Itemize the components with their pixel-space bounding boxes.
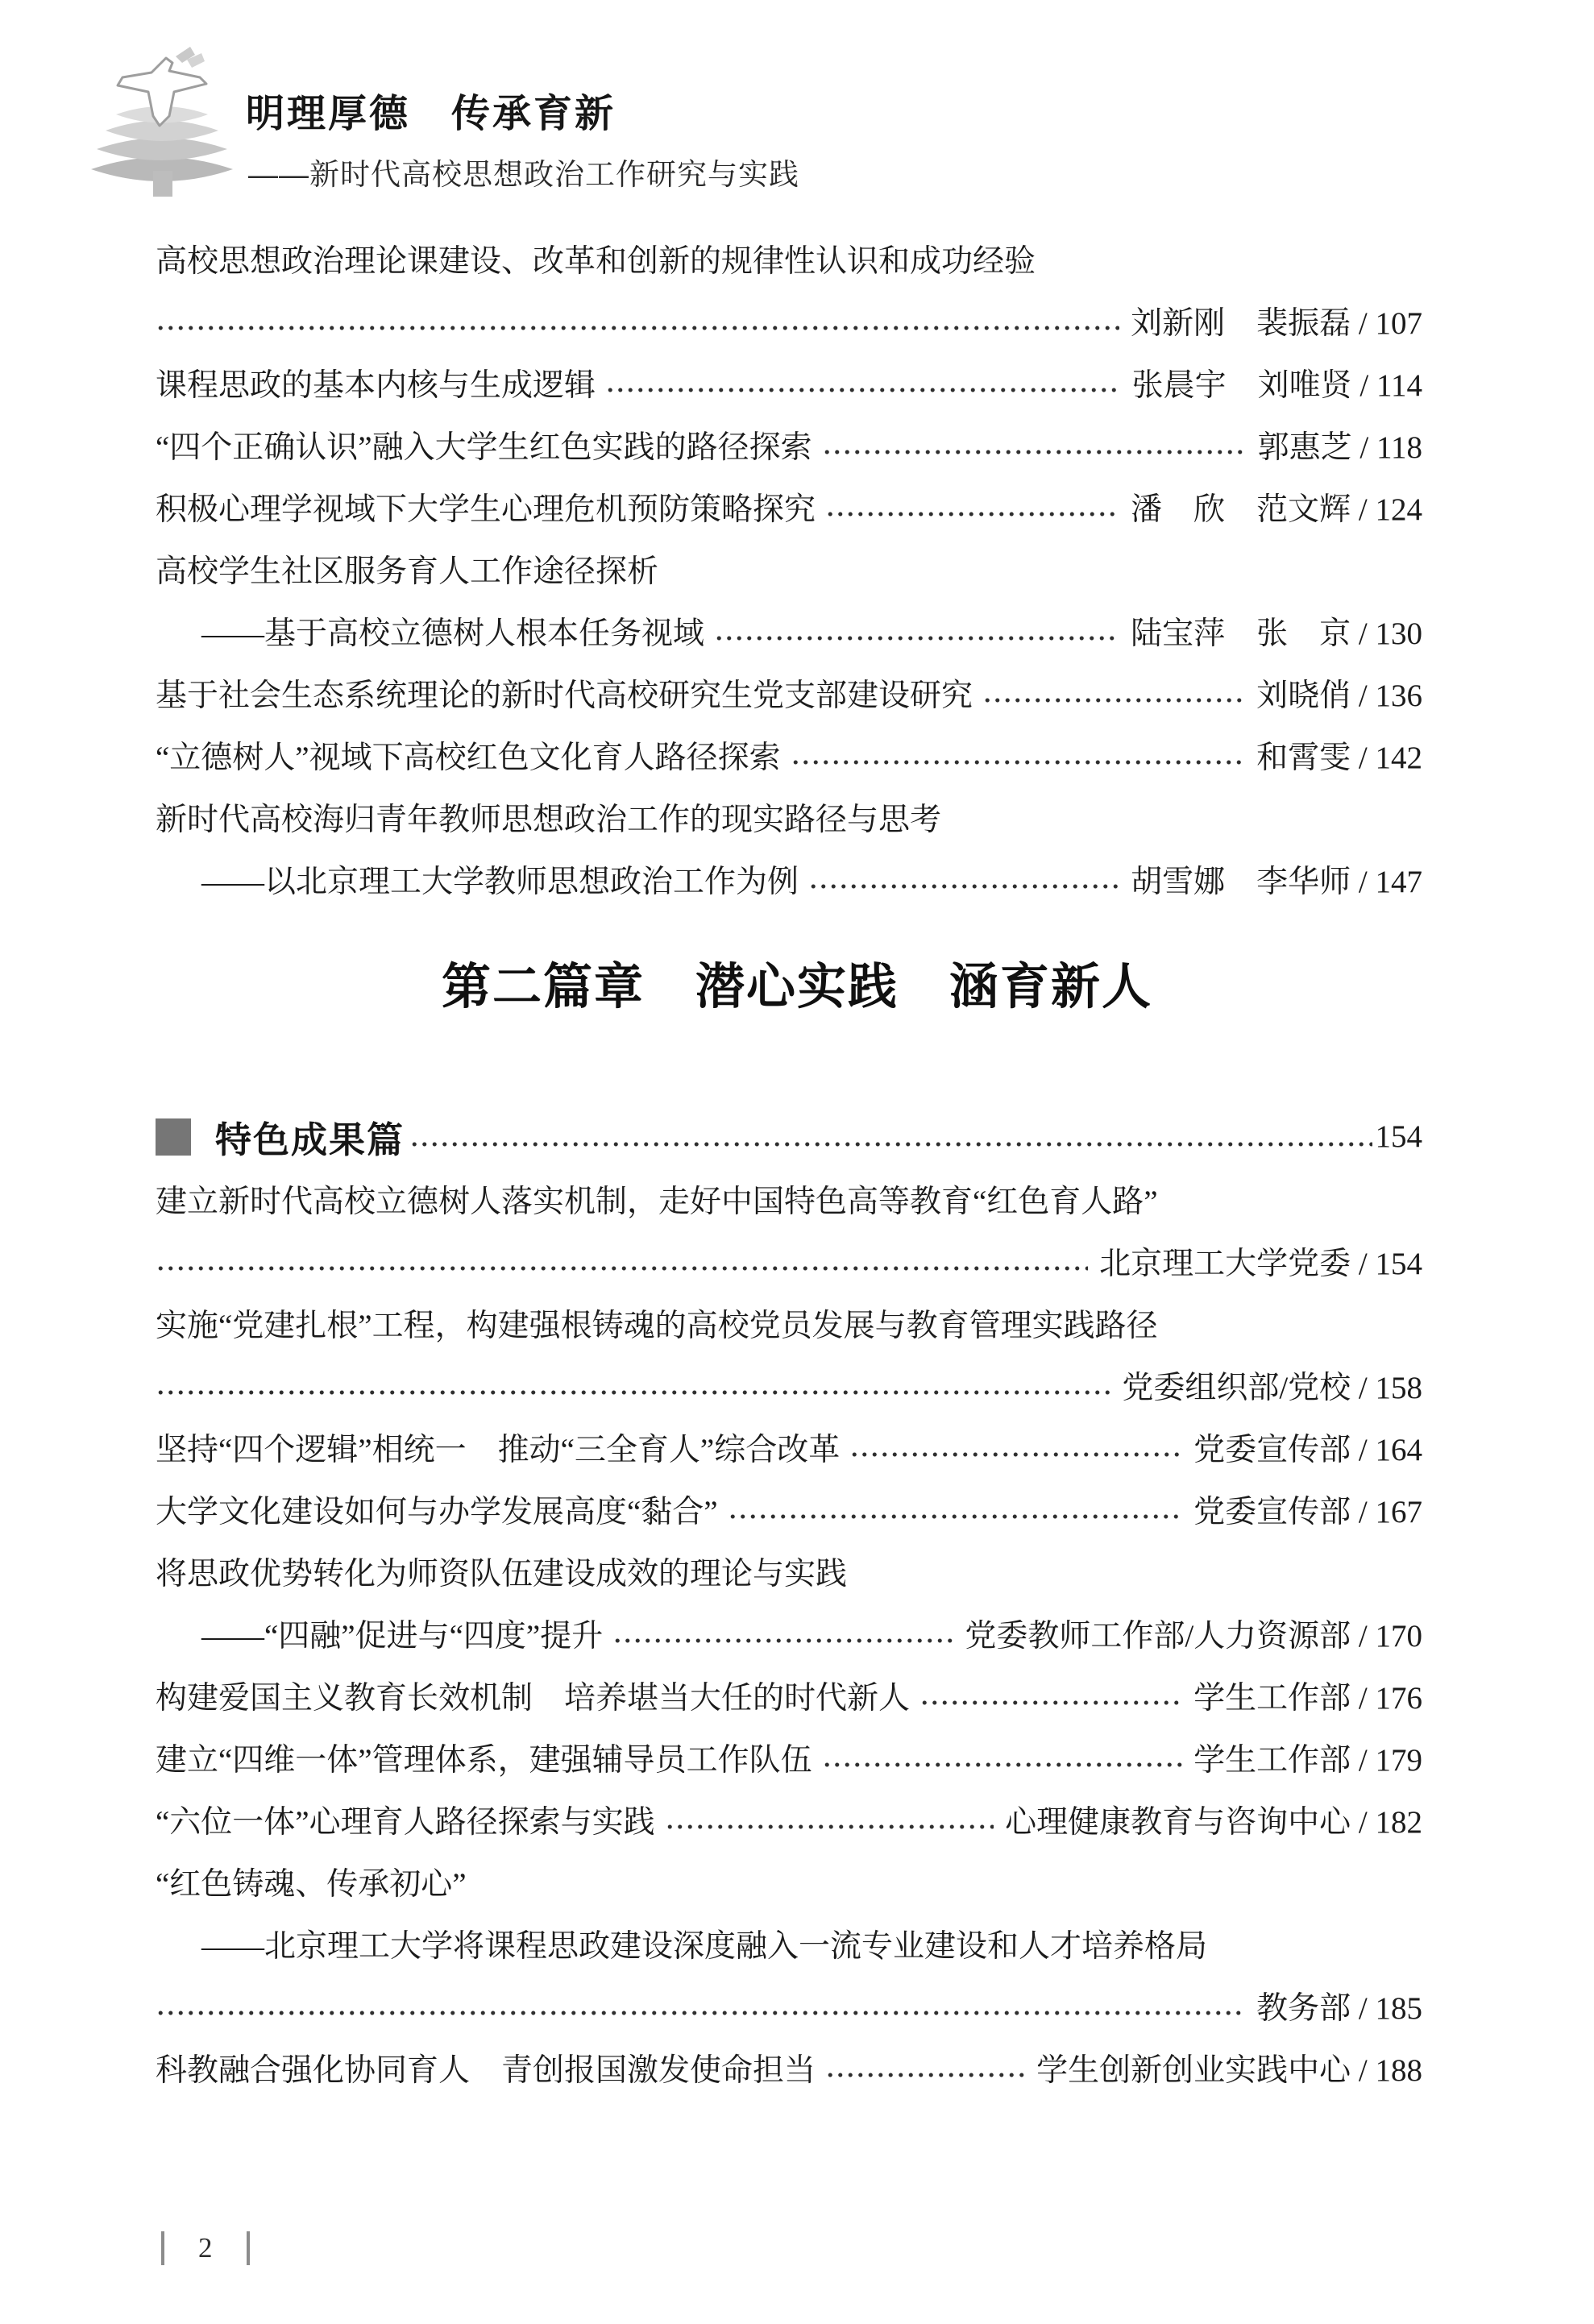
toc-entry-author-page: 党委教师工作部/人力资源部 / 170 <box>965 1611 1422 1656</box>
book-toc-page: 明理厚德 传承育新 ——新时代高校思想政治工作研究与实践 高校思想政治理论课建设… <box>0 0 1594 2324</box>
toc-entry-line: 课程思政的基本内核与生成逻辑张晨宇 刘唯贤 / 114 <box>156 351 1422 413</box>
dotted-leader <box>605 386 1121 394</box>
toc-entry-line: “四个正确认识”融入大学生红色实践的路径探索郭惠芝 / 118 <box>156 413 1422 475</box>
toc-entry-line: 新时代高校海归青年教师思想政治工作的现实路径与思考 <box>156 786 1422 848</box>
toc-entry-author-page: 刘晓俏 / 136 <box>1256 670 1422 716</box>
footer: 2 <box>161 2229 250 2268</box>
subsection-label: 特色成果篇 <box>215 1110 405 1163</box>
dotted-leader <box>156 2009 1245 2017</box>
toc-entry-title: 高校思想政治理论课建设、改革和创新的规律性认识和成功经验 <box>156 236 1036 281</box>
toc-entry-title: ——以北京理工大学教师思想政治工作为例 <box>156 857 799 902</box>
dotted-leader <box>825 2071 1025 2079</box>
toc-list-part2: 建立新时代高校立德树人落实机制，走好中国特色高等教育“红色育人路”北京理工大学党… <box>156 1168 1422 2098</box>
toc-entry-title: ——“四融”促进与“四度”提升 <box>156 1611 603 1656</box>
footer-rule-left <box>161 2231 164 2265</box>
toc-entry-line: ——“四融”促进与“四度”提升党委教师工作部/人力资源部 / 170 <box>156 1602 1422 1664</box>
book-subtitle: ——新时代高校思想政治工作研究与实践 <box>248 150 799 193</box>
toc-entry-title: “四个正确认识”融入大学生红色实践的路径探索 <box>156 422 812 467</box>
toc-entry-title: “六位一体”心理育人路径探索与实践 <box>156 1797 655 1842</box>
dotted-leader <box>665 1823 994 1831</box>
toc-entry-line: 科教融合强化协同育人 青创报国激发使命担当学生创新创业实践中心 / 188 <box>156 2036 1422 2098</box>
toc-entry-title: 新时代高校海归青年教师思想政治工作的现实路径与思考 <box>156 795 941 840</box>
toc-entry-author-page: 北京理工大学党委 / 154 <box>1099 1239 1422 1284</box>
toc-entry-title: ——北京理工大学将课程思政建设深度融入一流专业建设和人才培养格局 <box>156 1921 1207 1966</box>
toc-entry-line: 教务部 / 185 <box>156 1974 1422 2036</box>
toc-entry-title: 建立新时代高校立德树人落实机制，走好中国特色高等教育“红色育人路” <box>156 1177 1158 1222</box>
dotted-leader <box>156 1264 1088 1272</box>
toc-entry-title: 基于社会生态系统理论的新时代高校研究生党支部建设研究 <box>156 670 973 716</box>
dotted-leader <box>808 882 1119 890</box>
dove-tree-logo <box>79 42 245 203</box>
toc-entry-author-page: 张晨宇 刘唯贤 / 114 <box>1132 360 1422 405</box>
dotted-leader <box>714 634 1119 642</box>
square-bullet-icon <box>156 1118 191 1156</box>
toc-entry-title: 科教融合强化协同育人 青创报国激发使命担当 <box>156 2045 816 2090</box>
toc-entry-title: 高校学生社区服务育人工作途径探析 <box>156 546 658 591</box>
toc-entry-line: 党委组织部/党校 / 158 <box>156 1354 1422 1416</box>
dotted-leader <box>612 1637 953 1645</box>
toc-entry-line: 高校学生社区服务育人工作途径探析 <box>156 537 1422 600</box>
dotted-leader <box>822 1761 1183 1769</box>
toc-entry-author-page: 心理健康教育与咨询中心 / 182 <box>1005 1797 1422 1842</box>
toc-entry-line: 实施“党建扎根”工程，构建强根铸魂的高校党员发展与教育管理实践路径 <box>156 1292 1422 1354</box>
toc-entry-line: ——以北京理工大学教师思想政治工作为例胡雪娜 李华师 / 147 <box>156 848 1422 910</box>
footer-page-number: 2 <box>198 2232 213 2264</box>
toc-entry-title: 建立“四维一体”管理体系，建强辅导员工作队伍 <box>156 1735 812 1780</box>
toc-entry-title: 积极心理学视域下大学生心理危机预防策略探究 <box>156 484 816 529</box>
toc-entry-author-page: 学生创新创业实践中心 / 188 <box>1036 2045 1422 2090</box>
toc-entry-author-page: 教务部 / 185 <box>1256 1983 1422 2028</box>
subsection-row: 特色成果篇 154 <box>156 1106 1422 1168</box>
section-heading: 第二篇章 潜心实践 涵育新人 <box>0 948 1594 1018</box>
toc-entry-author-page: 党委宣传部 / 167 <box>1193 1487 1422 1532</box>
toc-entry-line: 北京理工大学党委 / 154 <box>156 1230 1422 1292</box>
toc-entry-author-page: 学生工作部 / 176 <box>1193 1673 1422 1718</box>
toc-entry-author-page: 郭惠芝 / 118 <box>1258 422 1422 467</box>
toc-entry-title: 坚持“四个逻辑”相统一 推动“三全育人”综合改革 <box>156 1425 840 1470</box>
toc-entry-title: 构建爱国主义教育长效机制 培养堪当大任的时代新人 <box>156 1673 910 1718</box>
toc-entry-author-page: 党委宣传部 / 164 <box>1193 1425 1422 1470</box>
toc-entry-line: 构建爱国主义教育长效机制 培养堪当大任的时代新人学生工作部 / 176 <box>156 1664 1422 1726</box>
toc-entry-line: 高校思想政治理论课建设、改革和创新的规律性认识和成功经验 <box>156 227 1422 289</box>
toc-entry-author-page: 胡雪娜 李华师 / 147 <box>1131 857 1422 902</box>
dotted-leader <box>409 1140 1372 1148</box>
footer-rule-right <box>247 2231 250 2265</box>
toc-entry-line: “立德树人”视域下高校红色文化育人路径探索和霄雯 / 142 <box>156 724 1422 786</box>
toc-entry-title: 将思政优势转化为师资队伍建设成效的理论与实践 <box>156 1549 847 1594</box>
toc-entry-author-page: 和霄雯 / 142 <box>1256 732 1422 778</box>
toc-entry-line: 大学文化建设如何与办学发展高度“黏合”党委宣传部 / 167 <box>156 1478 1422 1540</box>
toc-list-part1: 高校思想政治理论课建设、改革和创新的规律性认识和成功经验刘新刚 裴振磊 / 10… <box>156 227 1422 910</box>
dotted-leader <box>919 1699 1182 1707</box>
dotted-leader <box>982 696 1245 704</box>
subsection-page-number: 154 <box>1376 1118 1423 1155</box>
toc-entry-author-page: 学生工作部 / 179 <box>1193 1735 1422 1780</box>
toc-entry-title: 实施“党建扎根”工程，构建强根铸魂的高校党员发展与教育管理实践路径 <box>156 1301 1158 1346</box>
dotted-leader <box>728 1513 1183 1521</box>
toc-entry-line: ——基于高校立德树人根本任务视域陆宝萍 张 京 / 130 <box>156 600 1422 662</box>
toc-entry-line: 刘新刚 裴振磊 / 107 <box>156 289 1422 351</box>
toc-entry-line: 建立“四维一体”管理体系，建强辅导员工作队伍学生工作部 / 179 <box>156 1726 1422 1788</box>
dotted-leader <box>822 448 1247 456</box>
toc-entry-line: 积极心理学视域下大学生心理危机预防策略探究潘 欣 范文辉 / 124 <box>156 475 1422 537</box>
dotted-leader <box>156 324 1119 332</box>
toc-entry-line: 基于社会生态系统理论的新时代高校研究生党支部建设研究刘晓俏 / 136 <box>156 662 1422 724</box>
toc-entry-author-page: 陆宝萍 张 京 / 130 <box>1131 608 1422 654</box>
toc-entry-author-page: 刘新刚 裴振磊 / 107 <box>1131 298 1422 343</box>
toc-entry-author-page: 党委组织部/党校 / 158 <box>1122 1363 1422 1408</box>
toc-entry-title: “红色铸魂、传承初心” <box>156 1859 467 1904</box>
toc-entry-line: 将思政优势转化为师资队伍建设成效的理论与实践 <box>156 1540 1422 1602</box>
dotted-leader <box>825 510 1119 518</box>
toc-entry-line: “红色铸魂、传承初心” <box>156 1850 1422 1912</box>
toc-entry-line: 坚持“四个逻辑”相统一 推动“三全育人”综合改革党委宣传部 / 164 <box>156 1416 1422 1478</box>
toc-entry-title: “立德树人”视域下高校红色文化育人路径探索 <box>156 732 781 778</box>
page-title: 明理厚德 传承育新 <box>246 82 616 138</box>
dotted-leader <box>849 1450 1182 1459</box>
dotted-leader <box>156 1388 1110 1396</box>
toc-entry-title: 大学文化建设如何与办学发展高度“黏合” <box>156 1487 718 1532</box>
dotted-leader <box>791 758 1246 766</box>
toc-entry-line: ——北京理工大学将课程思政建设深度融入一流专业建设和人才培养格局 <box>156 1912 1422 1974</box>
toc-entry-title: 课程思政的基本内核与生成逻辑 <box>156 360 596 405</box>
toc-entry-author-page: 潘 欣 范文辉 / 124 <box>1131 484 1422 529</box>
toc-entry-line: “六位一体”心理育人路径探索与实践心理健康教育与咨询中心 / 182 <box>156 1788 1422 1850</box>
toc-entry-title: ——基于高校立德树人根本任务视域 <box>156 608 704 654</box>
toc-entry-line: 建立新时代高校立德树人落实机制，走好中国特色高等教育“红色育人路” <box>156 1168 1422 1230</box>
